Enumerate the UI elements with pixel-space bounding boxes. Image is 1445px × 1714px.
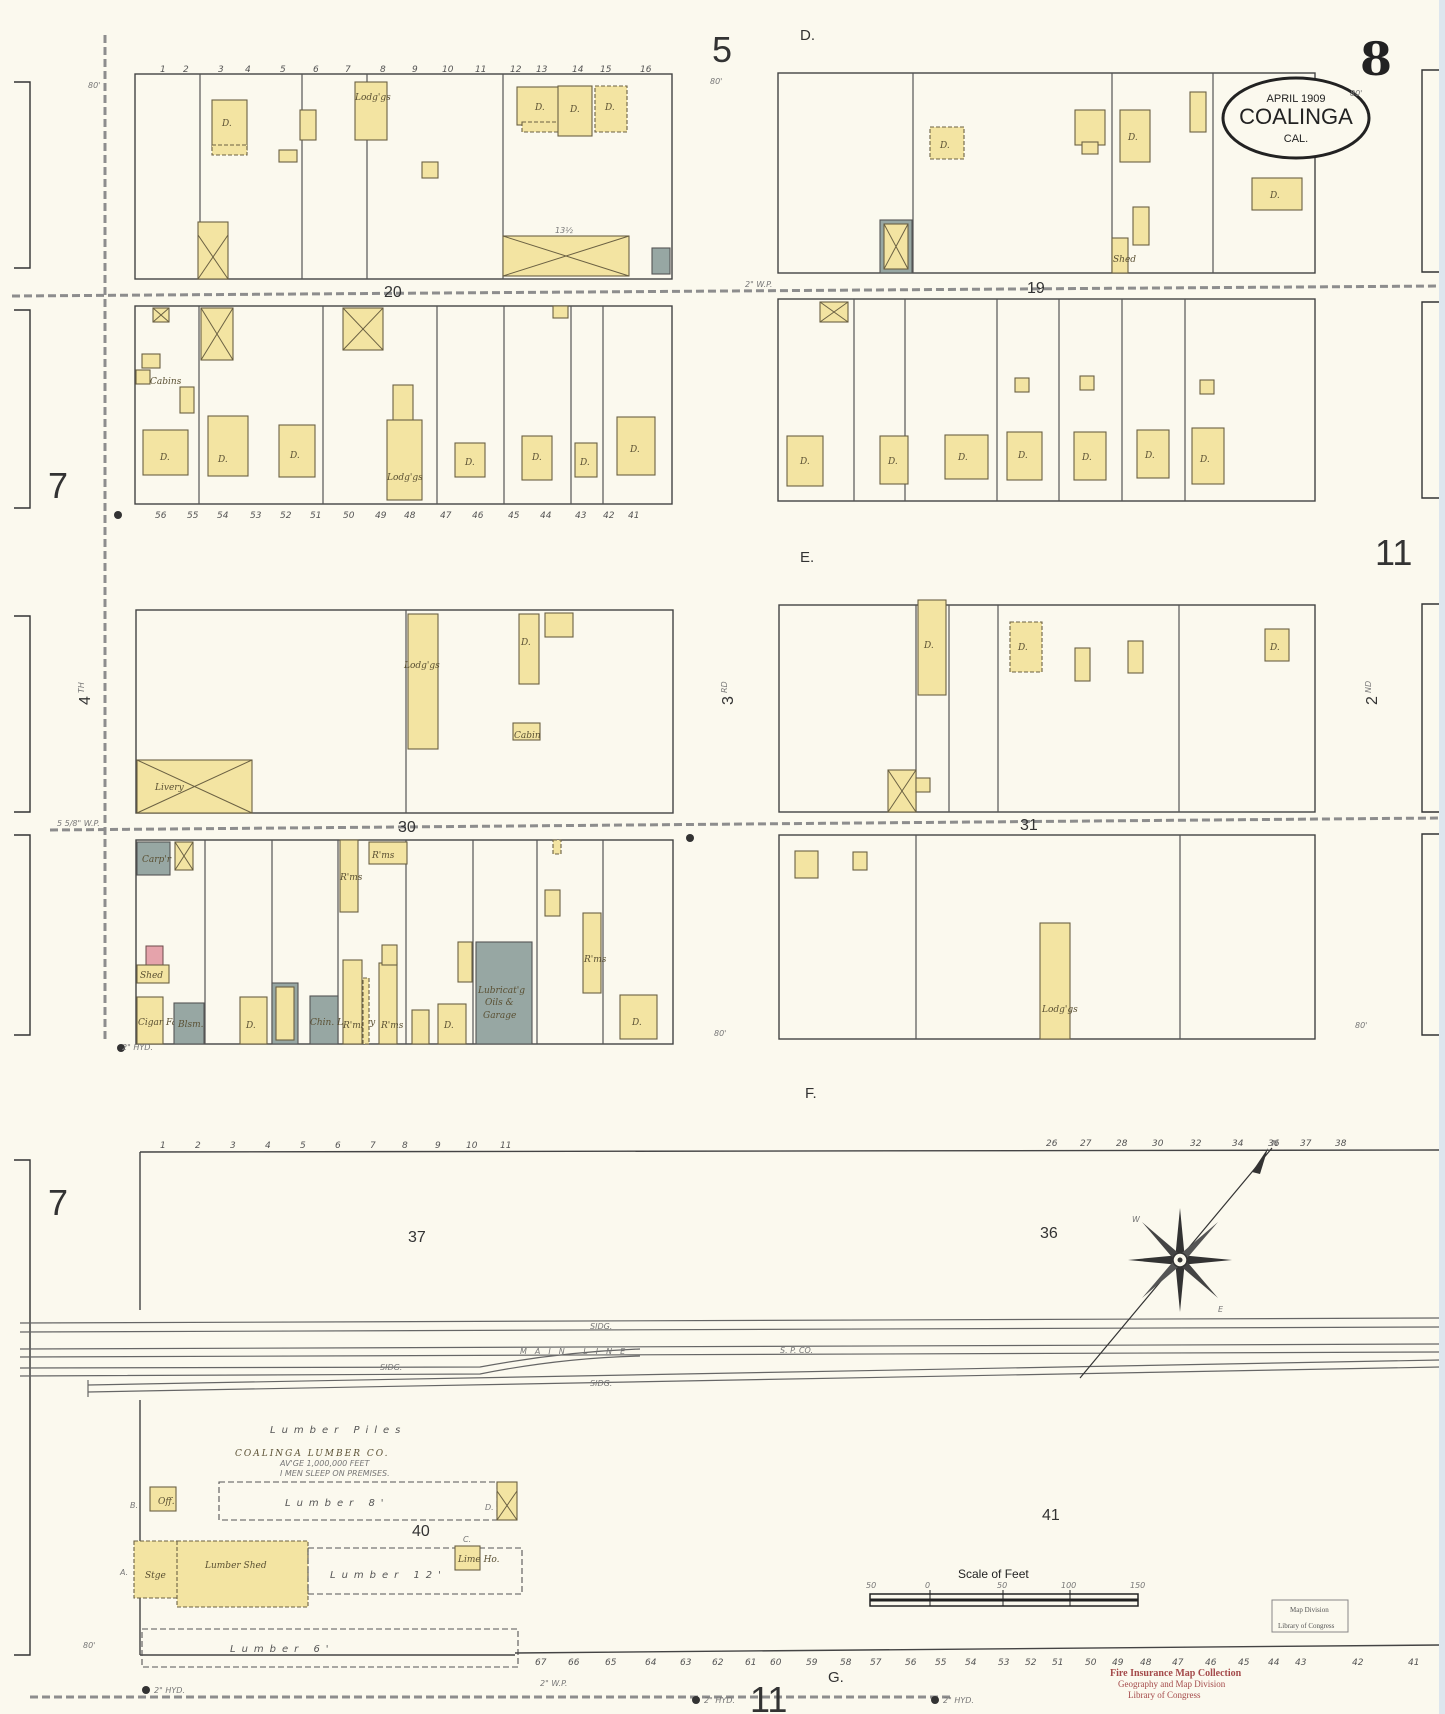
- svg-text:D.: D.: [159, 453, 170, 463]
- svg-text:TH: TH: [77, 682, 86, 693]
- d-street-pipe: [12, 286, 1440, 296]
- svg-text:A.: A.: [119, 1568, 128, 1577]
- svg-text:3: 3: [218, 65, 224, 75]
- svg-text:D.: D.: [939, 141, 950, 151]
- svg-text:51: 51: [310, 511, 321, 521]
- svg-text:D.: D.: [443, 1021, 454, 1031]
- svg-text:D.: D.: [1017, 643, 1028, 653]
- svg-text:80': 80': [710, 77, 722, 86]
- svg-text:47: 47: [440, 511, 452, 521]
- railroad-tracks: SIDG. MAIN LINE S. P. CO. SIDG. SIDG.: [20, 1318, 1440, 1397]
- svg-text:W: W: [1132, 1215, 1141, 1224]
- compass-rose-icon: W E N: [1080, 1139, 1278, 1378]
- svg-text:Lodg'gs: Lodg'gs: [1041, 1005, 1078, 1015]
- svg-text:52: 52: [280, 511, 292, 521]
- svg-text:100: 100: [1061, 1581, 1076, 1590]
- svg-text:Lumber 8': Lumber 8': [285, 1498, 390, 1509]
- svg-text:Lumber 6': Lumber 6': [230, 1644, 335, 1655]
- svg-text:MAIN LINE: MAIN LINE: [520, 1347, 633, 1356]
- svg-text:Library of Congress: Library of Congress: [1278, 1622, 1335, 1630]
- hydrant-icon: [692, 1696, 700, 1704]
- svg-text:11: 11: [500, 1141, 511, 1151]
- svg-text:D.: D.: [245, 1021, 256, 1031]
- svg-text:Stge: Stge: [145, 1571, 166, 1581]
- adjacent-sheet-7-upper[interactable]: 7: [48, 465, 68, 506]
- street-3rd-label: 3 RD: [720, 681, 737, 705]
- svg-text:45: 45: [1238, 1658, 1250, 1668]
- lumber-yard[interactable]: Lumber Piles COALINGA LUMBER CO. AV'GE 1…: [119, 1400, 522, 1667]
- svg-text:CAL.: CAL.: [1284, 133, 1308, 145]
- svg-text:RD: RD: [720, 681, 729, 693]
- svg-text:34: 34: [1232, 1139, 1244, 1149]
- svg-text:SIDG.: SIDG.: [590, 1379, 612, 1388]
- svg-text:4: 4: [245, 65, 251, 75]
- adjacent-sheet-11-right[interactable]: 11: [1375, 532, 1412, 573]
- hydrant-icon: [114, 511, 122, 519]
- svg-text:D.: D.: [1081, 453, 1092, 463]
- svg-text:D.: D.: [579, 458, 590, 468]
- svg-text:2" HYD.: 2" HYD.: [943, 1696, 974, 1705]
- svg-text:Lime Ho.: Lime Ho.: [457, 1555, 500, 1565]
- svg-text:32: 32: [1190, 1139, 1202, 1149]
- svg-text:41: 41: [628, 511, 639, 521]
- svg-text:R'ms: R'ms: [339, 873, 363, 883]
- street-g-label: G.: [828, 1669, 844, 1686]
- svg-text:7: 7: [345, 65, 351, 75]
- fire-insurance-collection-stamp: Fire Insurance Map Collection Geography …: [1110, 1668, 1242, 1700]
- svg-text:80': 80': [1355, 1021, 1367, 1030]
- svg-text:5 5/8" W.P.: 5 5/8" W.P.: [57, 819, 100, 828]
- svg-text:ND: ND: [1364, 681, 1373, 693]
- svg-text:5: 5: [280, 65, 286, 75]
- library-of-congress-box-stamp: Map Division Library of Congress: [1272, 1600, 1348, 1632]
- block-20-north[interactable]: D. Lodg'gs D. D. D. 13½: [135, 74, 672, 279]
- svg-text:27: 27: [1080, 1139, 1092, 1149]
- svg-text:4: 4: [77, 696, 94, 705]
- svg-text:D.: D.: [531, 453, 542, 463]
- svg-text:63: 63: [680, 1658, 692, 1668]
- adjacent-sheet-7-lower[interactable]: 7: [48, 1182, 68, 1223]
- svg-text:I MEN SLEEP ON PREMISES.: I MEN SLEEP ON PREMISES.: [280, 1469, 390, 1478]
- svg-text:D.: D.: [1144, 451, 1155, 461]
- svg-text:Fire Insurance Map Collection: Fire Insurance Map Collection: [1110, 1668, 1242, 1679]
- svg-text:D.: D.: [887, 457, 898, 467]
- svg-text:6: 6: [335, 1141, 341, 1151]
- hydrant-icon: [931, 1696, 939, 1704]
- svg-text:D.: D.: [604, 103, 615, 113]
- svg-text:65: 65: [605, 1658, 617, 1668]
- svg-text:49: 49: [375, 511, 387, 521]
- svg-text:11: 11: [475, 65, 486, 75]
- svg-text:10: 10: [442, 65, 454, 75]
- svg-text:SIDG.: SIDG.: [380, 1363, 402, 1372]
- hydrant-icon: [686, 834, 694, 842]
- svg-text:D.: D.: [221, 119, 232, 129]
- svg-text:R'ms: R'ms: [583, 955, 607, 965]
- svg-text:D.: D.: [1199, 455, 1210, 465]
- svg-text:Scale of Feet: Scale of Feet: [958, 1567, 1029, 1581]
- city-name: COALINGA: [1239, 104, 1353, 129]
- svg-text:28: 28: [1116, 1139, 1128, 1149]
- svg-text:Lodg'gs: Lodg'gs: [386, 473, 423, 483]
- svg-text:B.: B.: [130, 1501, 138, 1510]
- lumber-company-name: COALINGA LUMBER CO.: [235, 1449, 389, 1459]
- svg-text:Lodg'gs: Lodg'gs: [403, 661, 440, 671]
- svg-text:50: 50: [1085, 1658, 1097, 1668]
- cabin-label: Cabin: [514, 731, 541, 741]
- svg-text:9: 9: [412, 65, 418, 75]
- svg-text:14: 14: [572, 65, 584, 75]
- svg-text:43: 43: [575, 511, 587, 521]
- svg-text:D.: D.: [485, 1503, 494, 1512]
- svg-text:Lumber Piles: Lumber Piles: [270, 1425, 406, 1436]
- svg-text:30: 30: [1152, 1139, 1164, 1149]
- svg-text:53: 53: [998, 1658, 1010, 1668]
- svg-text:Oils &: Oils &: [485, 998, 514, 1008]
- svg-text:3: 3: [230, 1141, 236, 1151]
- svg-text:2" HYD.: 2" HYD.: [154, 1686, 185, 1695]
- svg-text:56: 56: [155, 511, 167, 521]
- block-30-label: 30: [398, 819, 416, 836]
- sheet-number: 8: [1360, 32, 1392, 86]
- svg-text:36: 36: [1268, 1139, 1280, 1149]
- svg-text:D.: D.: [1269, 191, 1280, 201]
- svg-text:Shed: Shed: [1113, 255, 1136, 265]
- svg-text:48: 48: [1140, 1658, 1152, 1668]
- svg-text:54: 54: [217, 511, 229, 521]
- svg-text:D.: D.: [217, 455, 228, 465]
- svg-text:46: 46: [1205, 1658, 1217, 1668]
- svg-text:R'ms: R'ms: [380, 1021, 404, 1031]
- block-30-north[interactable]: Livery Lodg'gs D. Cabin: [136, 610, 673, 813]
- svg-text:Garage: Garage: [483, 1011, 516, 1021]
- svg-text:44: 44: [1268, 1658, 1280, 1668]
- svg-text:42: 42: [603, 511, 615, 521]
- svg-text:D.: D.: [629, 445, 640, 455]
- svg-text:59: 59: [806, 1658, 818, 1668]
- svg-text:10: 10: [466, 1141, 478, 1151]
- block-31-label: 31: [1020, 817, 1038, 834]
- svg-text:50: 50: [343, 511, 355, 521]
- svg-text:50: 50: [997, 1581, 1007, 1590]
- svg-text:D.: D.: [799, 457, 810, 467]
- block-37-label: 37: [408, 1229, 426, 1246]
- svg-text:2" W.P.: 2" W.P.: [745, 280, 772, 289]
- svg-text:S. P. CO.: S. P. CO.: [780, 1346, 813, 1355]
- svg-text:2" HYD.: 2" HYD.: [704, 1696, 735, 1705]
- svg-text:49: 49: [1112, 1658, 1124, 1668]
- svg-text:2: 2: [183, 65, 189, 75]
- svg-text:58: 58: [840, 1658, 852, 1668]
- street-4th-label: 4 TH: [77, 682, 94, 705]
- svg-text:54: 54: [965, 1658, 977, 1668]
- svg-text:150: 150: [1130, 1581, 1145, 1590]
- svg-text:D.: D.: [1017, 451, 1028, 461]
- block-40-label: 40: [412, 1523, 430, 1540]
- svg-text:7: 7: [370, 1141, 376, 1151]
- block-41-label: 41: [1042, 1507, 1060, 1524]
- svg-text:D.: D.: [569, 105, 580, 115]
- svg-text:R'ms: R'ms: [342, 1021, 366, 1031]
- svg-text:57: 57: [870, 1658, 882, 1668]
- svg-text:80': 80': [1350, 89, 1362, 98]
- svg-text:37: 37: [1300, 1139, 1312, 1149]
- svg-text:16: 16: [640, 65, 652, 75]
- svg-text:3: 3: [720, 696, 737, 705]
- svg-text:38: 38: [1335, 1139, 1347, 1149]
- svg-text:55: 55: [935, 1658, 947, 1668]
- svg-text:AV'GE 1,000,000 FEET: AV'GE 1,000,000 FEET: [279, 1459, 371, 1468]
- svg-text:64: 64: [645, 1658, 657, 1668]
- hydrant-icon: [142, 1686, 150, 1694]
- svg-text:50: 50: [866, 1581, 876, 1590]
- lodgings-label: Lodg'gs: [354, 93, 391, 103]
- map-canvas: D. Lodg'gs D. D. D. 13½ Cabins D. D. D. …: [0, 0, 1445, 1714]
- svg-text:Off.: Off.: [158, 1497, 175, 1507]
- svg-text:D.: D.: [631, 1018, 642, 1028]
- svg-text:0: 0: [925, 1581, 930, 1590]
- svg-text:80': 80': [714, 1029, 726, 1038]
- svg-text:13: 13: [536, 65, 548, 75]
- street-e-label: E.: [800, 549, 814, 566]
- svg-text:Shed: Shed: [140, 971, 163, 981]
- adjacent-sheet-5[interactable]: 5: [712, 29, 732, 70]
- svg-text:12: 12: [510, 65, 522, 75]
- svg-text:56: 56: [905, 1658, 917, 1668]
- sanborn-map-sheet: D. Lodg'gs D. D. D. 13½ Cabins D. D. D. …: [0, 0, 1445, 1714]
- svg-text:51: 51: [1052, 1658, 1063, 1668]
- svg-text:Map Division: Map Division: [1290, 1606, 1329, 1614]
- svg-text:43: 43: [1295, 1658, 1307, 1668]
- livery-label: Livery: [154, 783, 185, 793]
- svg-text:46: 46: [472, 511, 484, 521]
- svg-text:C.: C.: [463, 1535, 471, 1544]
- svg-text:D.: D.: [534, 103, 545, 113]
- svg-text:44: 44: [540, 511, 552, 521]
- svg-text:Library of Congress: Library of Congress: [1128, 1690, 1201, 1700]
- svg-text:R'ms: R'ms: [371, 851, 395, 861]
- svg-text:1: 1: [160, 65, 166, 75]
- svg-text:53: 53: [250, 511, 262, 521]
- svg-text:48: 48: [404, 511, 416, 521]
- svg-text:Blsm.: Blsm.: [177, 1020, 204, 1030]
- svg-text:Geography and Map Division: Geography and Map Division: [1118, 1679, 1226, 1689]
- scale-bar: Scale of Feet 50 0 50 100 150: [866, 1567, 1145, 1606]
- block-20-south[interactable]: Cabins D. D. D. Lodg'gs D. D. D. D.: [135, 306, 672, 504]
- svg-text:52: 52: [1025, 1658, 1037, 1668]
- svg-text:13½: 13½: [555, 226, 573, 235]
- svg-text:6: 6: [313, 65, 319, 75]
- svg-text:D.: D.: [289, 451, 300, 461]
- svg-text:D.: D.: [957, 453, 968, 463]
- svg-text:66: 66: [568, 1658, 580, 1668]
- block-37-36[interactable]: [140, 1150, 1440, 1310]
- street-f-label: F.: [805, 1085, 817, 1102]
- svg-text:D.: D.: [464, 458, 475, 468]
- e-street-pipe: [50, 818, 1440, 830]
- svg-text:45: 45: [508, 511, 520, 521]
- svg-text:5: 5: [300, 1141, 306, 1151]
- svg-text:60: 60: [770, 1658, 782, 1668]
- svg-text:61: 61: [745, 1658, 756, 1668]
- block-31-north[interactable]: D. D. D.: [779, 600, 1315, 812]
- svg-text:67: 67: [535, 1658, 547, 1668]
- block-31-south[interactable]: Lodg'gs: [779, 835, 1315, 1039]
- svg-text:E: E: [1218, 1305, 1224, 1314]
- svg-text:62: 62: [712, 1658, 724, 1668]
- svg-text:D.: D.: [1127, 133, 1138, 143]
- svg-text:D.: D.: [1269, 643, 1280, 653]
- block-19-label: 19: [1027, 280, 1045, 297]
- map-title-cartouche: APRIL 1909 COALINGA CAL.: [1223, 78, 1369, 158]
- svg-text:8: 8: [380, 65, 386, 75]
- svg-text:Carp'r: Carp'r: [142, 855, 172, 865]
- svg-text:Lumber 12': Lumber 12': [330, 1570, 447, 1581]
- svg-text:9: 9: [435, 1141, 441, 1151]
- block-20-label: 20: [384, 284, 402, 301]
- svg-text:2" W.P.: 2" W.P.: [540, 1679, 567, 1688]
- svg-text:2: 2: [1364, 696, 1381, 705]
- svg-text:42: 42: [1352, 1658, 1364, 1668]
- svg-text:D.: D.: [923, 641, 934, 651]
- svg-text:Lubricat'g: Lubricat'g: [477, 986, 525, 996]
- svg-text:47: 47: [1172, 1658, 1184, 1668]
- svg-text:SIDG.: SIDG.: [590, 1322, 612, 1331]
- cabins-label: Cabins: [150, 377, 182, 387]
- svg-text:41: 41: [1408, 1658, 1419, 1668]
- street-d-label: D.: [800, 27, 815, 44]
- svg-text:80': 80': [83, 1641, 95, 1650]
- svg-text:80': 80': [88, 81, 100, 90]
- block-36-label: 36: [1040, 1225, 1058, 1242]
- svg-text:1: 1: [160, 1141, 166, 1151]
- svg-text:55: 55: [187, 511, 199, 521]
- svg-text:4: 4: [265, 1141, 271, 1151]
- svg-text:15: 15: [600, 65, 612, 75]
- block-19-south[interactable]: D. D. D. D. D. D. D.: [778, 299, 1315, 501]
- street-water-pipes: [12, 35, 1440, 1704]
- svg-text:2: 2: [195, 1141, 201, 1151]
- svg-text:Lumber Shed: Lumber Shed: [204, 1561, 267, 1571]
- svg-text:D.: D.: [520, 638, 531, 648]
- svg-text:8: 8: [402, 1141, 408, 1151]
- svg-text:26: 26: [1046, 1139, 1058, 1149]
- street-2nd-label: 2 ND: [1364, 681, 1381, 705]
- block-30-south[interactable]: Carp'r Shed Cigar Fact'y Blsm. D. Chin. …: [136, 840, 673, 1044]
- adjacent-sheet-11-bottom[interactable]: 11: [750, 1679, 787, 1714]
- svg-text:2" HYD.: 2" HYD.: [122, 1043, 153, 1052]
